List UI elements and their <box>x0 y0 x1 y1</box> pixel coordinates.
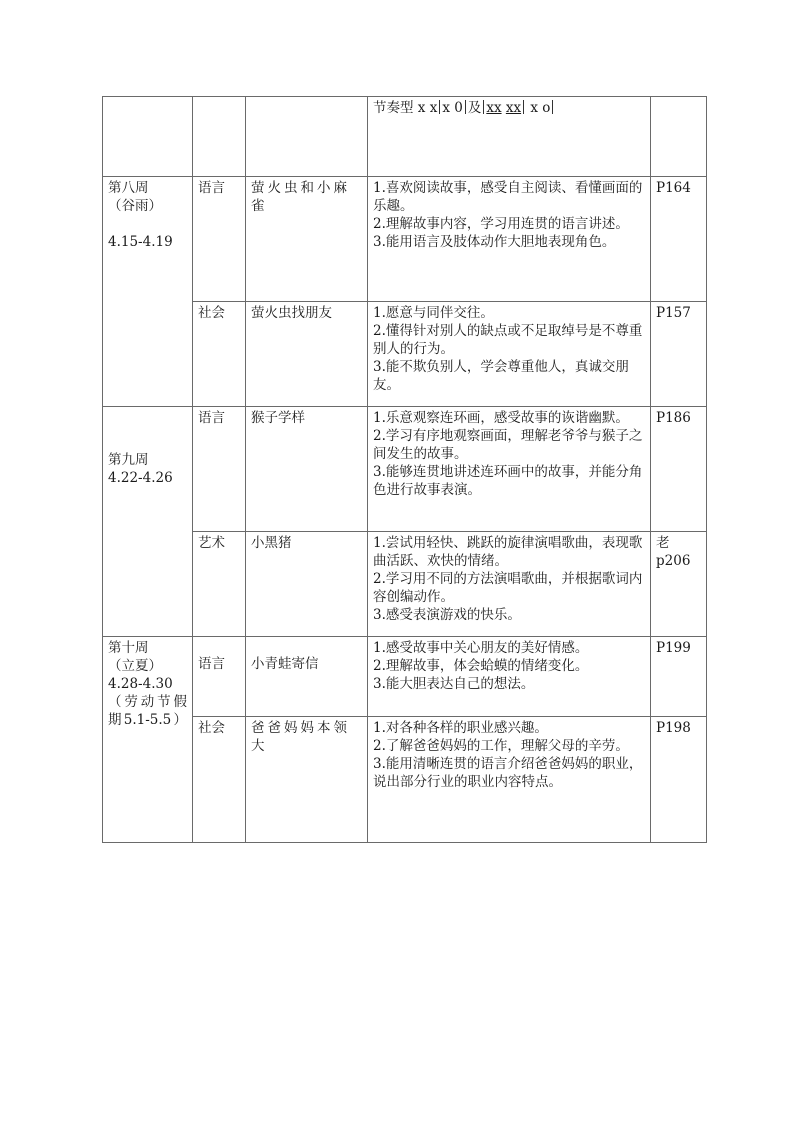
table-row: 第十周 （立夏） 4.28-4.30 （劳动节假期5.1-5.5） 语言 小青蛙… <box>103 637 707 717</box>
subject-cell: 艺术 <box>193 532 246 637</box>
week-cell: 第九周 4.22-4.26 <box>103 407 193 637</box>
table-row: 社会 爸爸妈妈本领大 1.对各种各样的职业感兴趣。 2.了解爸爸妈妈的工作，理解… <box>103 717 707 843</box>
subject-cell <box>193 97 246 177</box>
table-row: 第九周 4.22-4.26 语言 猴子学样 1.乐意观察连环画，感受故事的诙谐幽… <box>103 407 707 532</box>
goals-cell: 节奏型 x xx 0及xx xx x o <box>368 97 651 177</box>
title-cell: 爸爸妈妈本领大 <box>246 717 368 843</box>
weekly-lesson-plan-table: 节奏型 x xx 0及xx xx x o 第八周 （谷雨） 4.15-4.19 … <box>102 96 707 843</box>
page-cell: P157 <box>651 302 707 407</box>
table-row: 节奏型 x xx 0及xx xx x o <box>103 97 707 177</box>
goals-cell: 1.尝试用轻快、跳跃的旋律演唱歌曲，表现歌曲活跃、欢快的情绪。 2.学习用不同的… <box>368 532 651 637</box>
rhythm-pattern: x xx 0及xx xx x o <box>418 100 556 116</box>
goals-cell: 1.愿意与同伴交往。 2.懂得针对别人的缺点或不足取绰号是不尊重别人的行为。 3… <box>368 302 651 407</box>
rhythm-label: 节奏型 <box>373 100 414 116</box>
page-cell <box>651 97 707 177</box>
table-row: 社会 萤火虫找朋友 1.愿意与同伴交往。 2.懂得针对别人的缺点或不足取绰号是不… <box>103 302 707 407</box>
subject-cell: 社会 <box>193 717 246 843</box>
goals-cell: 1.感受故事中关心朋友的美好情感。 2.理解故事，体会蛤蟆的情绪变化。 3.能大… <box>368 637 651 717</box>
week-cell: 第十周 （立夏） 4.28-4.30 （劳动节假期5.1-5.5） <box>103 637 193 843</box>
title-cell <box>246 97 368 177</box>
title-cell: 小青蛙寄信 <box>246 637 368 717</box>
page-cell: 老 p206 <box>651 532 707 637</box>
table-row: 第八周 （谷雨） 4.15-4.19 语言 萤火虫和小麻雀 1.喜欢阅读故事，感… <box>103 177 707 302</box>
page-cell: P186 <box>651 407 707 532</box>
goals-cell: 1.对各种各样的职业感兴趣。 2.了解爸爸妈妈的工作，理解父母的辛劳。 3.能用… <box>368 717 651 843</box>
title-cell: 小黑猪 <box>246 532 368 637</box>
table-row: 艺术 小黑猪 1.尝试用轻快、跳跃的旋律演唱歌曲，表现歌曲活跃、欢快的情绪。 2… <box>103 532 707 637</box>
subject-cell: 语言 <box>193 177 246 302</box>
week-cell: 第八周 （谷雨） 4.15-4.19 <box>103 177 193 407</box>
week-cell <box>103 97 193 177</box>
subject-cell: 语言 <box>193 637 246 717</box>
title-cell: 猴子学样 <box>246 407 368 532</box>
page-cell: P199 <box>651 637 707 717</box>
subject-cell: 语言 <box>193 407 246 532</box>
goals-cell: 1.乐意观察连环画，感受故事的诙谐幽默。 2.学习有序地观察画面，理解老爷爷与猴… <box>368 407 651 532</box>
page-cell: P198 <box>651 717 707 843</box>
page-cell: P164 <box>651 177 707 302</box>
goals-cell: 1.喜欢阅读故事，感受自主阅读、看懂画面的乐趣。 2.理解故事内容，学习用连贯的… <box>368 177 651 302</box>
title-cell: 萤火虫找朋友 <box>246 302 368 407</box>
title-cell: 萤火虫和小麻雀 <box>246 177 368 302</box>
subject-cell: 社会 <box>193 302 246 407</box>
